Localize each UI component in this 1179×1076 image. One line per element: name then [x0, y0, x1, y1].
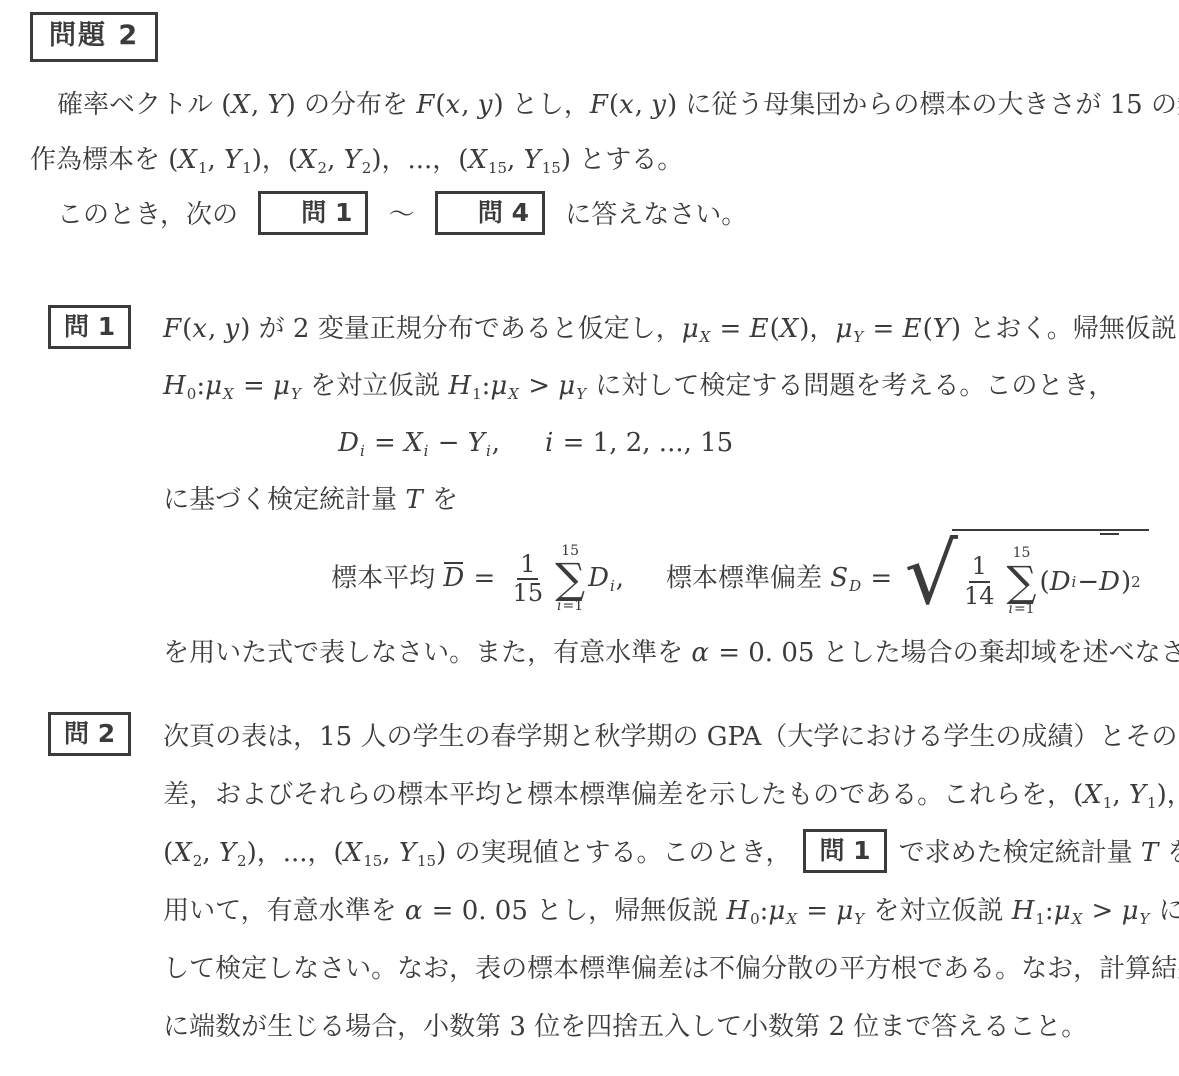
question-2-content: 次頁の表は，15 人の学生の春学期と秋学期の GPA（大学における学生の成績）と…: [163, 708, 1179, 1056]
prompt-text-post: に答えなさい。: [565, 200, 747, 230]
q2-inline-ref-box-q1: 問 1: [803, 829, 886, 873]
q1-line-4: を用いた式で表しなさい。また，有意水準を α = 0. 05 とした場合の棄却域…: [163, 625, 1179, 682]
q2-line-3: (X2, Y2)，...，(X15, Y15) の実現値とする。このとき，問 1…: [163, 824, 1179, 882]
q1-formula-mean-sd: 標本平均 D = 11515∑i=1Di,標本標準偏差 SD = √11415∑…: [163, 529, 1179, 625]
intro-line-2: 作為標本を (X1, Y1)，(X2, Y2)，...，(X15, Y15) と…: [30, 133, 1141, 188]
q2-line-2: 差，およびそれらの標本平均と標本標準偏差を示したものである。これらを，(X1, …: [163, 766, 1179, 824]
q2-line-4: 用いて，有意水準を α = 0. 05 とし，帰無仮説 H0:μX = μY を…: [163, 882, 1179, 940]
q2-line-3-post: で求めた検定統計量 T を: [899, 838, 1179, 868]
question-1-section: 問 1 F(x, y) が 2 変量正規分布であると仮定し，μX = E(X)，…: [48, 301, 1141, 682]
q2-line-1: 次頁の表は，15 人の学生の春学期と秋学期の GPA（大学における学生の成績）と…: [163, 708, 1179, 766]
q2-line-5: して検定しなさい。なお，表の標本標準偏差は不偏分散の平方根である。なお，計算結果: [163, 940, 1179, 998]
prompt-text-pre: このとき，次の: [57, 200, 238, 230]
q1-formula-di: Di = Xi − Yi,i = 1, 2, ..., 15: [338, 415, 1179, 472]
problem-title-box: 問題 2: [30, 12, 158, 62]
tilde-separator: ～: [389, 200, 415, 230]
question-1-label-box: 問 1: [48, 305, 131, 349]
intro-line-1: 確率ベクトル (X, Y) の分布を F(x, y) とし，F(x, y) に従…: [30, 78, 1141, 133]
question-2-section: 問 2 次頁の表は，15 人の学生の春学期と秋学期の GPA（大学における学生の…: [48, 708, 1141, 1056]
ref-box-q1: 問 1: [258, 191, 368, 235]
prompt-line: このとき，次の 問 1 ～ 問 4 に答えなさい。: [30, 188, 1141, 243]
exam-page: 問題 2 確率ベクトル (X, Y) の分布を F(x, y) とし，F(x, …: [0, 0, 1179, 1076]
ref-box-q4: 問 4: [435, 191, 545, 235]
question-2-label-box: 問 2: [48, 712, 131, 756]
question-1-content: F(x, y) が 2 変量正規分布であると仮定し，μX = E(X)，μY =…: [163, 301, 1179, 682]
q1-line-1: F(x, y) が 2 変量正規分布であると仮定し，μX = E(X)，μY =…: [163, 301, 1179, 358]
q1-line-2: H0:μX = μY を対立仮説 H1:μX > μY に対して検定する問題を考…: [163, 358, 1179, 415]
q2-line-6: に端数が生じる場合，小数第 3 位を四捨五入して小数第 2 位まで答えること。: [163, 998, 1179, 1056]
intro-paragraph: 確率ベクトル (X, Y) の分布を F(x, y) とし，F(x, y) に従…: [30, 78, 1141, 188]
q1-line-3: に基づく検定統計量 T を: [163, 472, 1179, 529]
q2-line-3-pre: (X2, Y2)，...，(X15, Y15) の実現値とする。このとき，: [163, 838, 791, 868]
